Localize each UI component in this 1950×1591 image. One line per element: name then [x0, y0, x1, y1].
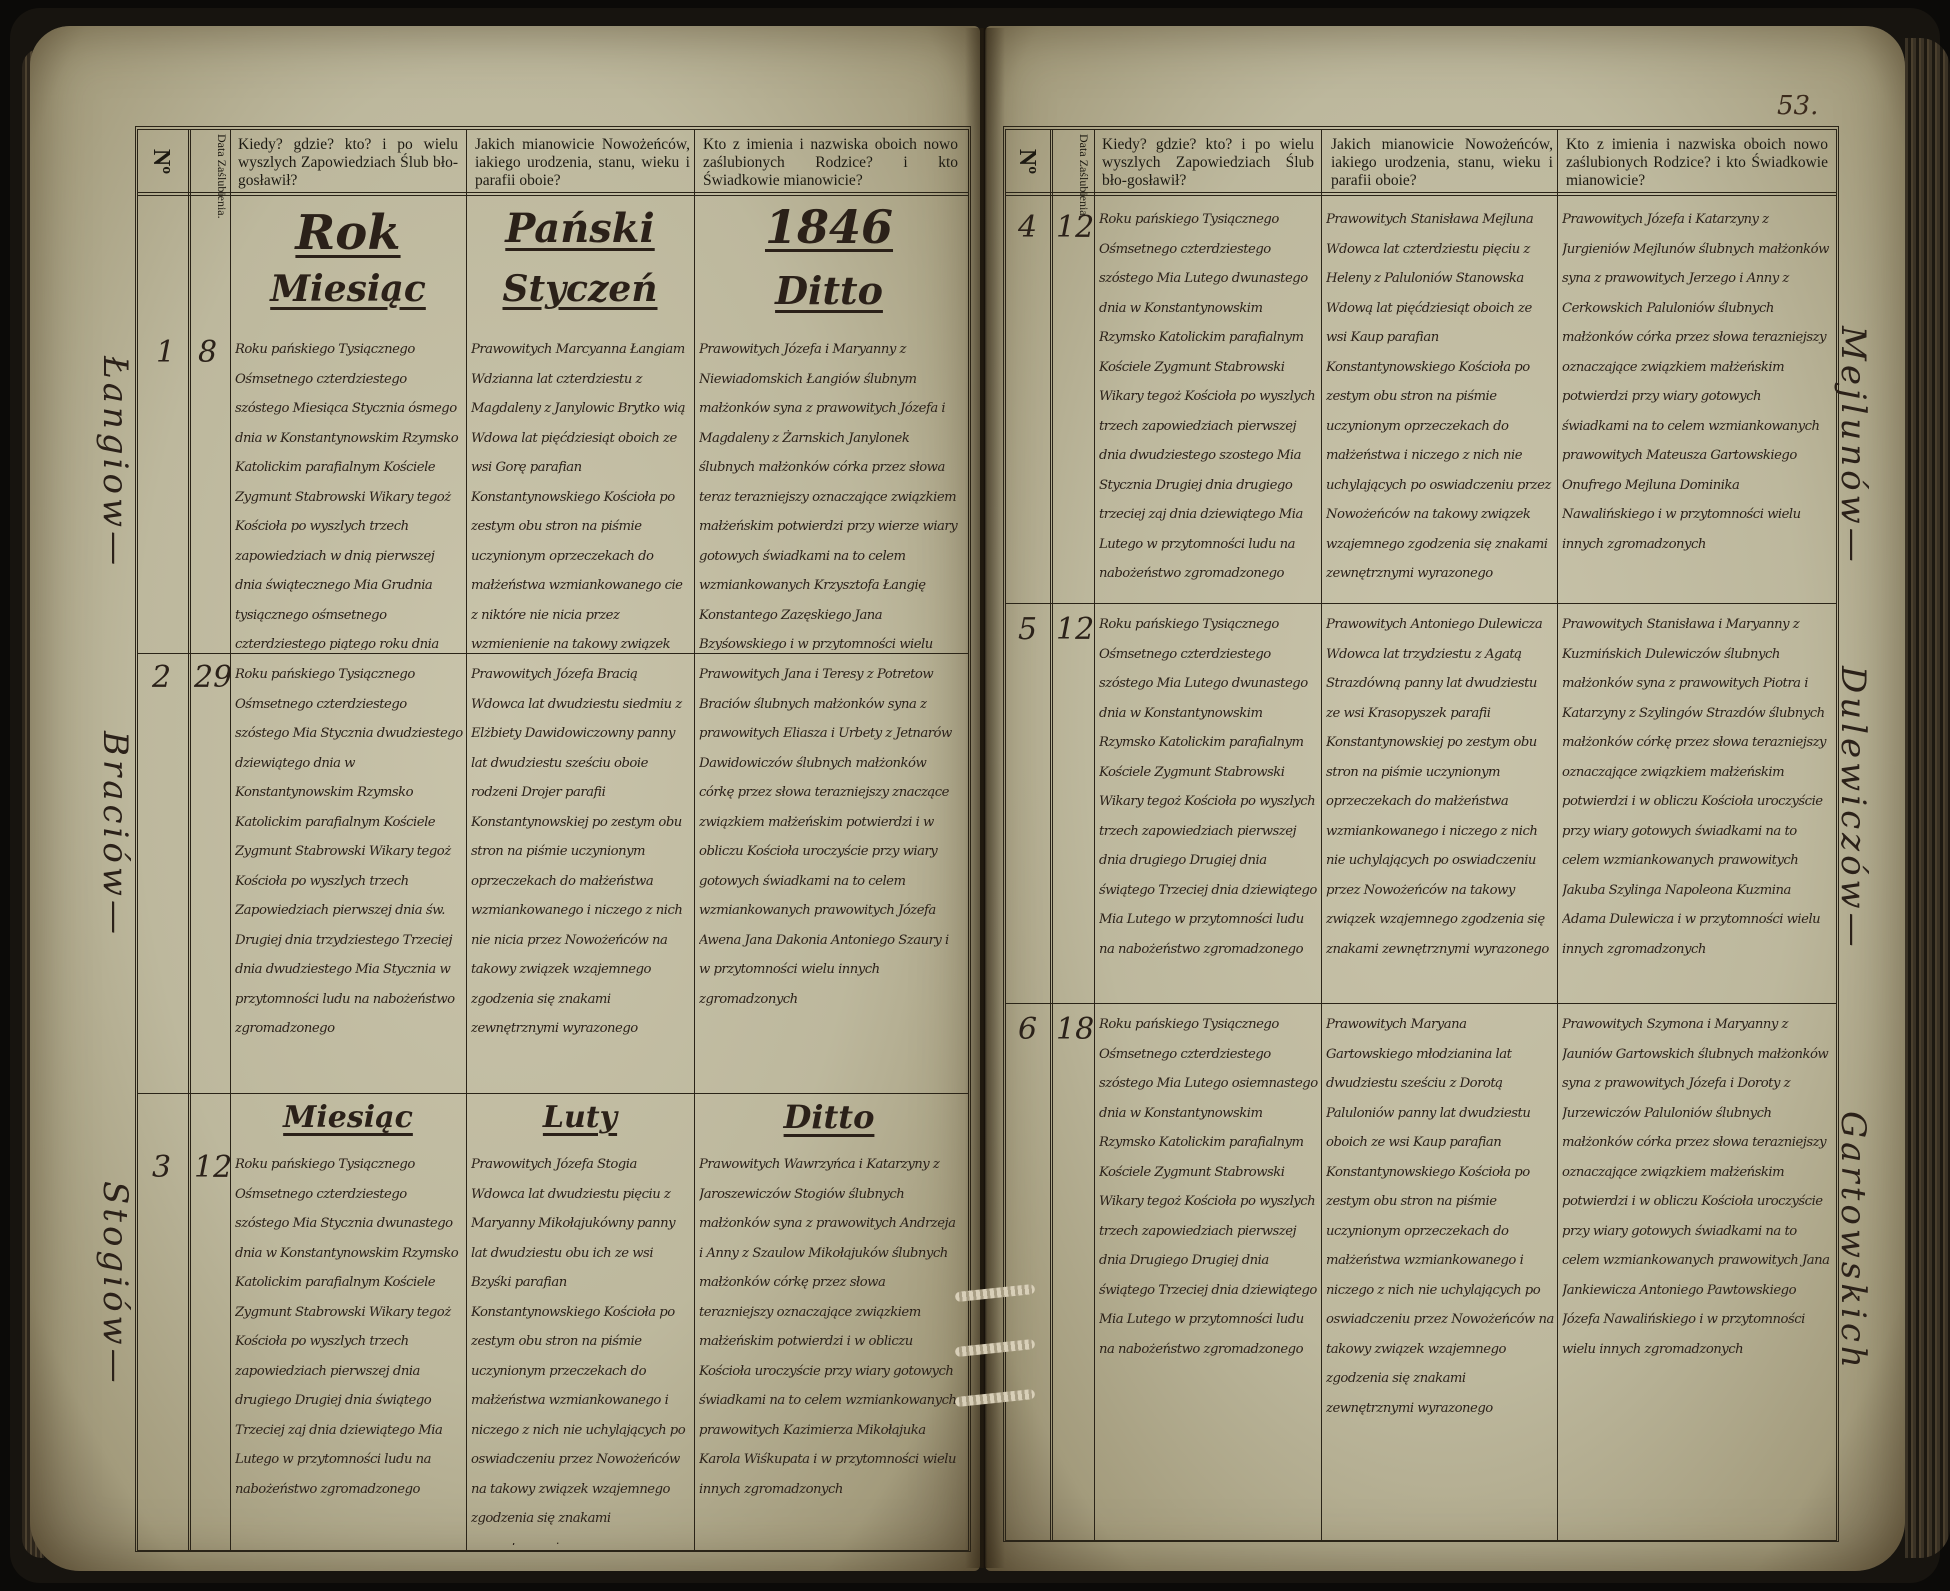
header-spouses: Jakich mianowicie Nowożeńców, iakiego ur… — [475, 136, 690, 190]
page-number: 53. — [1777, 91, 1818, 121]
register-table-left: Nº Data Zaślubienia. Kiedy? gdzie? kto? … — [135, 126, 971, 1552]
col-divider — [694, 130, 695, 1550]
entry-when-where: Roku pańskiego Tysiącznego Ośmsetnego cz… — [235, 660, 463, 1090]
row-divider — [1006, 603, 1836, 604]
margin-surname: Dulewiczów— — [1833, 666, 1873, 951]
heading-miesiac: Miesiąc — [230, 268, 466, 310]
heading-month-february: Luty — [466, 1100, 694, 1135]
row-divider — [1006, 1003, 1836, 1004]
entry-when-where: Roku pańskiego Tysiącznego Ośmsetnego cz… — [1099, 205, 1319, 600]
header-parents-witnesses: Kto z imienia i nazwiska oboich nowo zaś… — [703, 136, 958, 190]
margin-surname: Gartowskich — [1833, 1111, 1873, 1372]
header-number: Nº — [1013, 149, 1040, 174]
col-divider — [230, 130, 231, 1550]
header-date: Data Zaślubienia. — [215, 134, 228, 192]
entry-date: 12 — [1056, 210, 1094, 245]
entry-spouses: Prawowitych Antoniego Dulewicza Wdowca l… — [1326, 610, 1554, 1000]
header-spouses: Jakich mianowicie Nowożeńców, iakiego ur… — [1331, 136, 1553, 190]
entry-spouses: Prawowitych Stanisława Mejluna Wdowca la… — [1326, 205, 1554, 600]
col-divider — [1557, 130, 1558, 1540]
entry-date: 12 — [1056, 612, 1094, 647]
margin-surname: Braciów— — [95, 731, 135, 938]
entry-spouses: Prawowitych Józefa Stogia Wdowca lat dwu… — [471, 1150, 691, 1545]
entry-spouses: Prawowitych Józefa Bracią Wdowca lat dwu… — [471, 660, 691, 1090]
entry-when-where: Roku pańskiego Tysiącznego Ośmsetnego cz… — [1099, 610, 1319, 1000]
entry-when-where: Roku pańskiego Tysiącznego Ośmsetnego cz… — [1099, 1010, 1319, 1530]
entry-when-where: Roku pańskiego Tysiącznego Ośmsetnego cz… — [235, 335, 463, 650]
header-when-where: Kiedy? gdzie? kto? i po wielu wyszlych Z… — [1102, 136, 1314, 190]
row-divider — [138, 653, 968, 654]
col-divider — [1094, 130, 1095, 1540]
col-divider — [1050, 130, 1053, 1540]
row-divider — [138, 1093, 968, 1094]
entry-number: 1 — [156, 335, 175, 370]
margin-surname: Stogiów— — [95, 1181, 135, 1387]
entry-when-where: Roku pańskiego Tysiącznego Ośmsetnego cz… — [235, 1150, 463, 1545]
entry-date: 18 — [1056, 1012, 1094, 1047]
entry-date: 29 — [194, 660, 232, 695]
entry-spouses: Prawowitych Maryana Gartowskiego młodzia… — [1326, 1010, 1554, 1530]
heading-rok: Rok — [230, 205, 466, 261]
table-header-left: Nº Data Zaślubienia. Kiedy? gdzie? kto? … — [138, 130, 968, 196]
book-spread: Nº Data Zaślubienia. Kiedy? gdzie? kto? … — [10, 8, 1940, 1583]
entry-parents-witnesses: Prawowitych Szymona i Maryanny z Jauniów… — [1562, 1010, 1830, 1530]
header-when-where: Kiedy? gdzie? kto? i po wielu wyszlych Z… — [238, 136, 458, 190]
entry-number: 2 — [152, 660, 171, 695]
margin-surname: Łangiow— — [95, 356, 135, 569]
entry-parents-witnesses: Prawowitych Józefa i Maryanny z Niewiado… — [699, 335, 961, 650]
heading-year: 1846 — [694, 200, 964, 254]
entry-parents-witnesses: Prawowitych Jana i Teresy z Potretow Bra… — [699, 660, 961, 1090]
heading-month-january: Styczeń — [466, 268, 694, 310]
register-table-right: Nº Data Zaślubienia. Kiedy? gdzie? kto? … — [1003, 126, 1839, 1542]
heading-ditto-feb: Ditto — [694, 1098, 964, 1136]
book-gutter — [965, 28, 1005, 1568]
entry-parents-witnesses: Prawowitych Wawrzyńca i Katarzyny z Jaro… — [699, 1150, 961, 1545]
header-parents-witnesses: Kto z imienia i nazwiska oboich nowo zaś… — [1566, 136, 1828, 190]
heading-ditto: Ditto — [694, 268, 964, 313]
col-divider — [1321, 130, 1322, 1540]
col-divider — [466, 130, 467, 1550]
entry-number: 6 — [1018, 1012, 1037, 1047]
entry-number: 4 — [1018, 210, 1037, 245]
page-edges-right — [1905, 38, 1950, 1558]
header-date: Data Zaślubienia. — [1077, 134, 1090, 192]
right-page: 53. Nº Data Zaślubienia. Kiedy? gdzie? k… — [985, 26, 1905, 1571]
entry-parents-witnesses: Prawowitych Józefa i Katarzyny z Jurgien… — [1562, 205, 1830, 600]
table-header-right: Nº Data Zaślubienia. Kiedy? gdzie? kto? … — [1006, 130, 1836, 196]
entry-parents-witnesses: Prawowitych Stanisława i Maryanny z Kuzm… — [1562, 610, 1830, 1000]
header-number: Nº — [147, 149, 174, 174]
entry-date: 12 — [194, 1150, 232, 1185]
entry-number: 5 — [1018, 612, 1037, 647]
entry-number: 3 — [152, 1150, 171, 1185]
col-divider — [188, 130, 191, 1550]
entry-date: 8 — [198, 335, 217, 370]
margin-surname: Mejlunów— — [1833, 326, 1873, 566]
left-page: Nº Data Zaślubienia. Kiedy? gdzie? kto? … — [30, 26, 980, 1571]
heading-panski: Pański — [466, 205, 694, 252]
heading-miesiac-feb: Miesiąc — [230, 1100, 466, 1135]
entry-spouses: Prawowitych Marcyanna Łangiam Wdzianna l… — [471, 335, 691, 650]
